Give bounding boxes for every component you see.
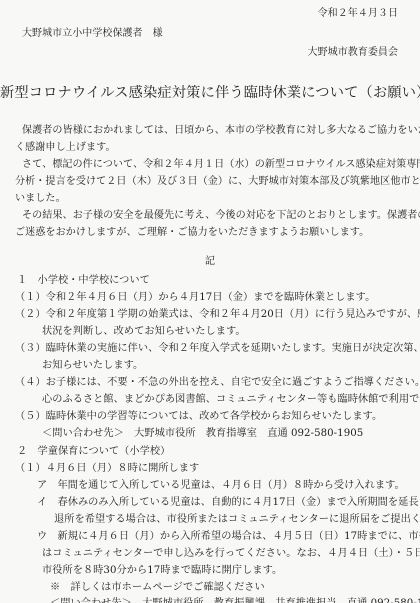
section-1-contact: ＜問い合わせ先＞ 大野城市役所 教育指導室 直通 092-580-1905 [42, 427, 363, 441]
section-1-item-5-line-1: （５）臨時休業中の学習等については、改めて各学校からお知らせいたします。 [15, 410, 382, 424]
section-2-sub-i-line-1: イ 春休みのみ入所している児童は、自動的に４月17日（金）まで入所期間を延長しま… [37, 496, 420, 510]
section-2-sub-u-line-1: ウ 新規に４月６日（月）から入所希望の場合は、４月５日（日）17時までに、市役所… [37, 530, 420, 544]
recipient: 大野城市立小中学校保護者 様 [22, 27, 163, 41]
section-2-sub-u-line-3: 市役所を８時30分から17時まで臨時に開庁します。 [42, 564, 282, 578]
ki-heading: 記 [0, 255, 420, 269]
sender: 大野城市教育委員会 [308, 46, 398, 60]
section-2-sub-i-line-2: 退所を希望する場合は、市役所またはコミュニティセンターに退所届をご提出ください。 [54, 513, 420, 527]
section-2-contact: ＜問い合わせ先＞ 大野城市役所 教育振興課 共育推進担当 直通 092-580-… [50, 597, 420, 603]
section-2-sub-a: ア 年間を通じて入所している児童は、４月６日（月）８時から受け入れます。 [37, 479, 405, 493]
intro-paragraph-3-line-2: ご迷惑をおかけしますが、ご理解・ご協力をいただきますようお願いします。 [15, 226, 369, 240]
section-1-item-3-line-2: お知らせいたします。 [42, 359, 143, 373]
section-1-item-4-line-1: （４）お子様には、不要・不急の外出を控え、自宅で安全に過ごすようご指導ください。 [15, 376, 420, 390]
intro-paragraph-2-line-1: さて、標記の件について、令和２年４月１日（水）の新型コロナウイルス感染症対策専門… [22, 158, 420, 172]
intro-paragraph-2-line-3: いました。 [15, 192, 66, 206]
notice-document: 令和２年４月３日 大野城市立小中学校保護者 様 大野城市教育委員会 新型コロナウ… [0, 0, 420, 603]
section-1-heading: １ 小学校・中学校について [17, 274, 150, 288]
section-2-sub-u-line-2: はコミュニティセンターで申し込みを行ってください。なお、４月４日（土）・５日（日… [42, 547, 420, 561]
intro-paragraph-2-line-2: 分析・提言を受けて２日（木）及び３日（金）に、大野城市対策本部及び筑紫地区他市と… [15, 175, 420, 189]
document-title: 新型コロナウイルス感染症対策に伴う臨時休業について（お願い） [0, 84, 420, 102]
section-1-item-3-line-1: （３）臨時休業の実施に伴い、令和２年度入学式を延期いたします。実施日が決定次第、… [15, 342, 420, 356]
section-1-item-2-line-1: （２）令和２年度第１学期の始業式は、令和２年４月20日（月）に行う見込みですが、… [15, 308, 420, 322]
section-2-note: ※ 詳しくは市ホームページでご確認ください [50, 581, 265, 595]
section-2-item-1: （１）４月６日（月）８時に開所します [15, 462, 199, 476]
section-1-item-1: （１）令和２年４月６日（月）から４月17日（金）までを臨時休業とします。 [15, 291, 375, 305]
document-date: 令和２年４月３日 [318, 7, 398, 21]
intro-paragraph-1-line-2: く感謝申し上げます。 [15, 141, 116, 155]
section-2-heading: ２ 学童保育について（小学校） [17, 445, 170, 459]
section-1-item-4-line-2: 心のふるさと館、まどかぴあ図書館、コミュニティセンター等も臨時休館で利用できませ… [42, 393, 420, 407]
intro-paragraph-3-line-1: その結果、お子様の安全を最優先に考え、今後の対応を下記のとおりとします。保護者の… [22, 209, 420, 223]
intro-paragraph-1-line-1: 保護者の皆様におかれましては、日頃から、本市の学校教育に対し多大なるご協力をいた… [22, 124, 420, 138]
section-1-item-2-line-2: 状況を判断し、改めてお知らせいたします。 [42, 325, 246, 339]
